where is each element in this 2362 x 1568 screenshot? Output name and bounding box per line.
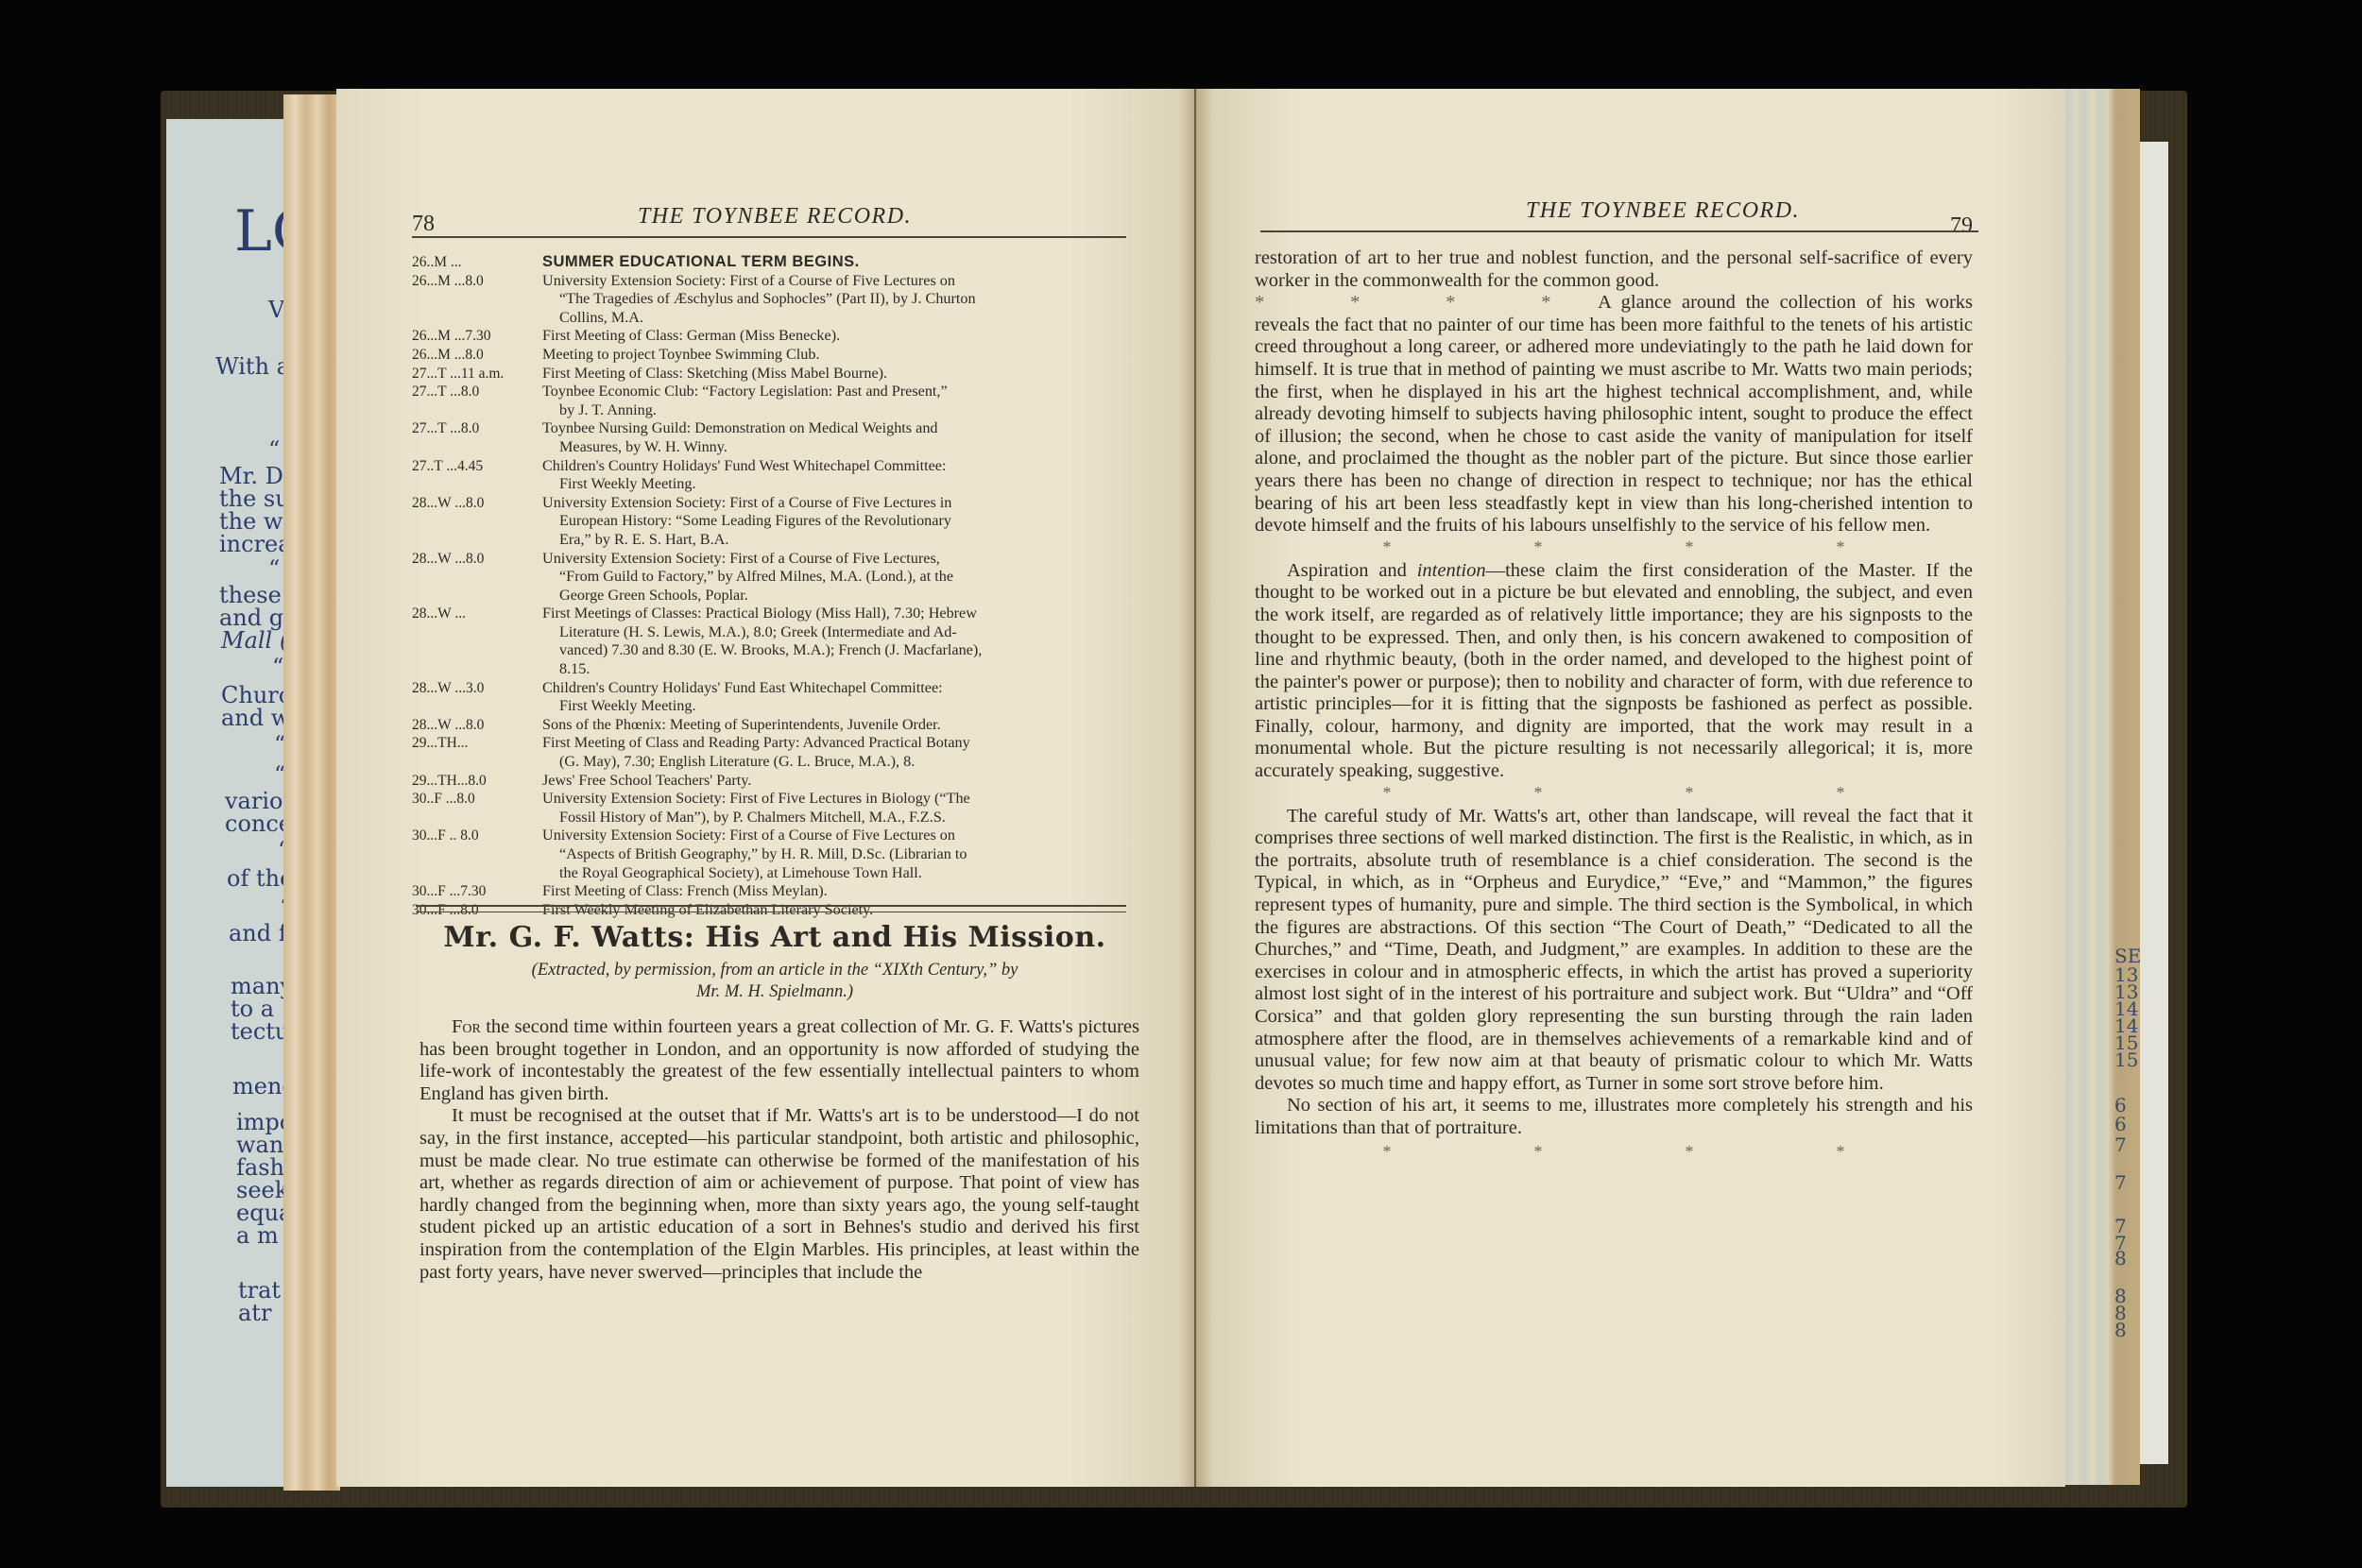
page-block-edge-right: SE 13 13 14 14 15 15 6 6 7 7 7 7 8 8 8 8 — [2060, 89, 2140, 1485]
event-date: 30...F ...7.30 — [412, 882, 542, 901]
event-text: Children's Country Holidays' Fund West W… — [542, 457, 946, 474]
index-number: 8 — [2114, 1319, 2127, 1341]
schedule-row: 27..T ...4.45Children's Country Holidays… — [412, 457, 1139, 494]
drop-lead: For — [452, 1016, 481, 1037]
event-text-cont: “From Guild to Factory,” by Alfred Milne… — [542, 568, 1139, 587]
subtitle-line: Mr. M. H. Spielmann.) — [416, 981, 1134, 1003]
star-icon: * — [1383, 1142, 1392, 1161]
insert-fragment: a m — [236, 1222, 279, 1249]
event-text: First Meeting of Class and Reading Party… — [542, 734, 970, 751]
schedule-row: 28...W ...8.0Sons of the Phœnix: Meeting… — [412, 716, 1139, 735]
article-body-left: For the second time within fourteen year… — [419, 1016, 1139, 1284]
paragraph: * * * * A glance around the collection o… — [1255, 292, 1973, 537]
index-number: 7 — [2114, 1171, 2127, 1194]
event-date: 29...TH...8.0 — [412, 772, 542, 791]
event-text: Jews' Free School Teachers' Party. — [542, 772, 1139, 791]
running-head-right: THE TOYNBEE RECORD. — [1417, 198, 1908, 224]
event-date: 26...M ...8.0 — [412, 346, 542, 365]
paragraph-text: Aspiration and — [1287, 560, 1417, 581]
event-text-cont: Measures, by W. H. Winny. — [542, 438, 1139, 457]
star-icon: * — [1837, 537, 1845, 556]
event-date: 27...T ...8.0 — [412, 383, 542, 419]
star-icon: * — [1383, 537, 1392, 556]
paragraph-text: —these claim the first consideration of … — [1255, 560, 1973, 781]
schedule-row: 27...T ...8.0Toynbee Economic Club: “Fac… — [412, 383, 1139, 419]
event-text-cont: Collins, M.A. — [542, 309, 1139, 328]
event-text: Toynbee Economic Club: “Factory Legislat… — [542, 383, 948, 400]
event-date: 30...F .. 8.0 — [412, 827, 542, 882]
page-number-right: 79 — [1950, 213, 1973, 239]
schedule-row: 28...W ...3.0Children's Country Holidays… — [412, 679, 1139, 716]
paragraph: Aspiration and intention—these claim the… — [1255, 560, 1973, 783]
schedule-row: 30...F .. 8.0University Extension Societ… — [412, 827, 1139, 882]
insert-fragment: “ — [268, 436, 280, 463]
event-text: University Extension Society: First of F… — [542, 790, 970, 807]
event-text-cont: Literature (H. S. Lewis, M.A.), 8.0; Gre… — [542, 623, 1139, 642]
event-text: University Extension Society: First of a… — [542, 550, 940, 567]
insert-fragment: “ — [272, 654, 283, 680]
subtitle-line: (Extracted, by permission, from an artic… — [416, 960, 1134, 981]
schedule-row: 30...F ...7.30First Meeting of Class: Fr… — [412, 882, 1139, 901]
star-icon: * — [1686, 783, 1694, 802]
paragraph: restoration of art to her true and noble… — [1255, 247, 1973, 292]
event-text-cont: European History: “Some Leading Figures … — [542, 512, 1139, 531]
section-divider — [416, 905, 1126, 912]
event-text: University Extension Society: First of a… — [542, 494, 951, 511]
event-text: University Extension Society: First of a… — [542, 827, 955, 844]
asterism-separator: * * * * — [1255, 783, 1973, 802]
schedule-row: 29...TH...First Meeting of Class and Rea… — [412, 734, 1139, 771]
index-number: 15 — [2114, 1048, 2138, 1071]
star-icon: * — [1534, 783, 1543, 802]
header-rule-left — [412, 236, 1126, 238]
event-text-cont: by J. T. Anning. — [542, 401, 1139, 420]
event-text-cont: vanced) 7.30 and 8.30 (E. W. Brooks, M.A… — [542, 641, 1139, 660]
article-subtitle: (Extracted, by permission, from an artic… — [416, 960, 1134, 1003]
insert-fragment: tectu — [231, 1018, 289, 1045]
star-icon: * — [1837, 1142, 1845, 1161]
event-date: 28...W ...8.0 — [412, 716, 542, 735]
insert-fragment: V — [268, 297, 284, 323]
event-date: 29...TH... — [412, 734, 542, 771]
event-text: First Meeting of Class: German (Miss Ben… — [542, 327, 1139, 346]
event-text-cont: the Royal Geographical Society), at Lime… — [542, 864, 1139, 883]
star-icon: * — [1837, 783, 1845, 802]
page-block-edge-left — [283, 94, 340, 1491]
schedule-row: 27...T ...11 a.m.First Meeting of Class:… — [412, 365, 1139, 383]
event-heading: SUMMER EDUCATIONAL TERM BEGINS. — [542, 253, 1139, 272]
star-icon: * — [1686, 1142, 1694, 1161]
schedule-row: 30..F ...8.0University Extension Society… — [412, 790, 1139, 827]
event-text: Children's Country Holidays' Fund East W… — [542, 679, 943, 696]
event-text-cont: “The Tragedies of Æschylus and Sophocles… — [542, 290, 1139, 309]
star-icon: * — [1686, 537, 1694, 556]
index-number: 7 — [2114, 1133, 2127, 1156]
event-text: First Meetings of Classes: Practical Bio… — [542, 605, 977, 622]
insert-fragment: and w — [221, 705, 290, 731]
paragraph-text: the second time within fourteen years a … — [419, 1016, 1139, 1104]
insert-fragment: “ — [268, 555, 280, 582]
paragraph: For the second time within fourteen year… — [419, 1016, 1139, 1105]
schedule-row: 26..M ...SUMMER EDUCATIONAL TERM BEGINS. — [412, 253, 1139, 272]
event-date: 27...T ...8.0 — [412, 419, 542, 456]
event-date: 27...T ...11 a.m. — [412, 365, 542, 383]
running-head-left: THE TOYNBEE RECORD. — [529, 204, 1020, 230]
paragraph-text: A glance around the collection of his wo… — [1255, 292, 1973, 536]
schedule-row: 28...W ...First Meetings of Classes: Pra… — [412, 605, 1139, 678]
schedule-row: 26...M ...8.0Meeting to project Toynbee … — [412, 346, 1139, 365]
asterism: * * * * — [1255, 292, 1588, 313]
index-number: 8 — [2114, 1247, 2127, 1270]
insert-fragment: and f — [229, 920, 287, 946]
event-date: 28...W ...3.0 — [412, 679, 542, 716]
star-icon: * — [1383, 783, 1392, 802]
header-rule-right — [1260, 230, 1978, 232]
event-text: Toynbee Nursing Guild: Demonstration on … — [542, 419, 938, 436]
emphasis: intention — [1417, 560, 1486, 581]
insert-fragment: With a — [215, 353, 290, 380]
event-date: 30..F ...8.0 — [412, 790, 542, 827]
event-date: 28...W ... — [412, 605, 542, 678]
event-text: Meeting to project Toynbee Swimming Club… — [542, 346, 1139, 365]
asterism-separator: * * * * — [1255, 1142, 1973, 1161]
event-date: 26...M ...7.30 — [412, 327, 542, 346]
event-text: First Meeting of Class: French (Miss Mey… — [542, 882, 1139, 901]
schedule-row: 29...TH...8.0Jews' Free School Teachers'… — [412, 772, 1139, 791]
schedule-row: 28...W ...8.0University Extension Societ… — [412, 494, 1139, 550]
asterism-separator: * * * * — [1255, 537, 1973, 556]
insert-fragment: conce — [225, 810, 292, 837]
schedule-row: 27...T ...8.0Toynbee Nursing Guild: Demo… — [412, 419, 1139, 456]
star-icon: * — [1534, 1142, 1543, 1161]
schedule-row: 26...M ...8.0University Extension Societ… — [412, 272, 1139, 328]
article-body-right: restoration of art to her true and noble… — [1255, 247, 1973, 1161]
event-date: 27..T ...4.45 — [412, 457, 542, 494]
event-text: Sons of the Phœnix: Meeting of Superinte… — [542, 716, 1139, 735]
event-text-cont: “Aspects of British Geography,” by H. R.… — [542, 845, 1139, 864]
event-text-cont: 8.15. — [542, 660, 1139, 679]
paragraph: The careful study of Mr. Watts's art, ot… — [1255, 806, 1973, 1096]
event-date: 28...W ...8.0 — [412, 494, 542, 550]
insert-fragment: Mall ( — [221, 627, 288, 654]
event-date: 26..M ... — [412, 253, 542, 272]
event-text: University Extension Society: First of a… — [542, 272, 955, 289]
event-text-cont: Era,” by R. E. S. Hart, B.A. — [542, 531, 1139, 550]
article-title: Mr. G. F. Watts: His Art and His Mission… — [416, 921, 1134, 954]
schedule-row: 26...M ...7.30First Meeting of Class: Ge… — [412, 327, 1139, 346]
event-date: 26...M ...8.0 — [412, 272, 542, 328]
event-text-cont: First Weekly Meeting. — [542, 697, 1139, 716]
event-text-cont: Fossil History of Man”), by P. Chalmers … — [542, 809, 1139, 827]
paragraph: It must be recognised at the outset that… — [419, 1105, 1139, 1284]
paragraph: No section of his art, it seems to me, i… — [1255, 1095, 1973, 1139]
event-text-cont: First Weekly Meeting. — [542, 475, 1139, 494]
index-number: 6 — [2114, 1113, 2127, 1135]
insert-fragment: atr — [238, 1300, 271, 1326]
insert-fragment: increa — [219, 531, 292, 557]
event-text-cont: George Green Schools, Poplar. — [542, 587, 1139, 605]
event-schedule: 26..M ...SUMMER EDUCATIONAL TERM BEGINS.… — [412, 253, 1139, 919]
event-text: First Meeting of Class: Sketching (Miss … — [542, 365, 1139, 383]
event-date: 28...W ...8.0 — [412, 550, 542, 605]
event-text-cont: (G. May), 7.30; English Literature (G. L… — [542, 753, 1139, 772]
page-number-left: 78 — [412, 212, 435, 237]
schedule-row: 28...W ...8.0University Extension Societ… — [412, 550, 1139, 605]
star-icon: * — [1534, 537, 1543, 556]
